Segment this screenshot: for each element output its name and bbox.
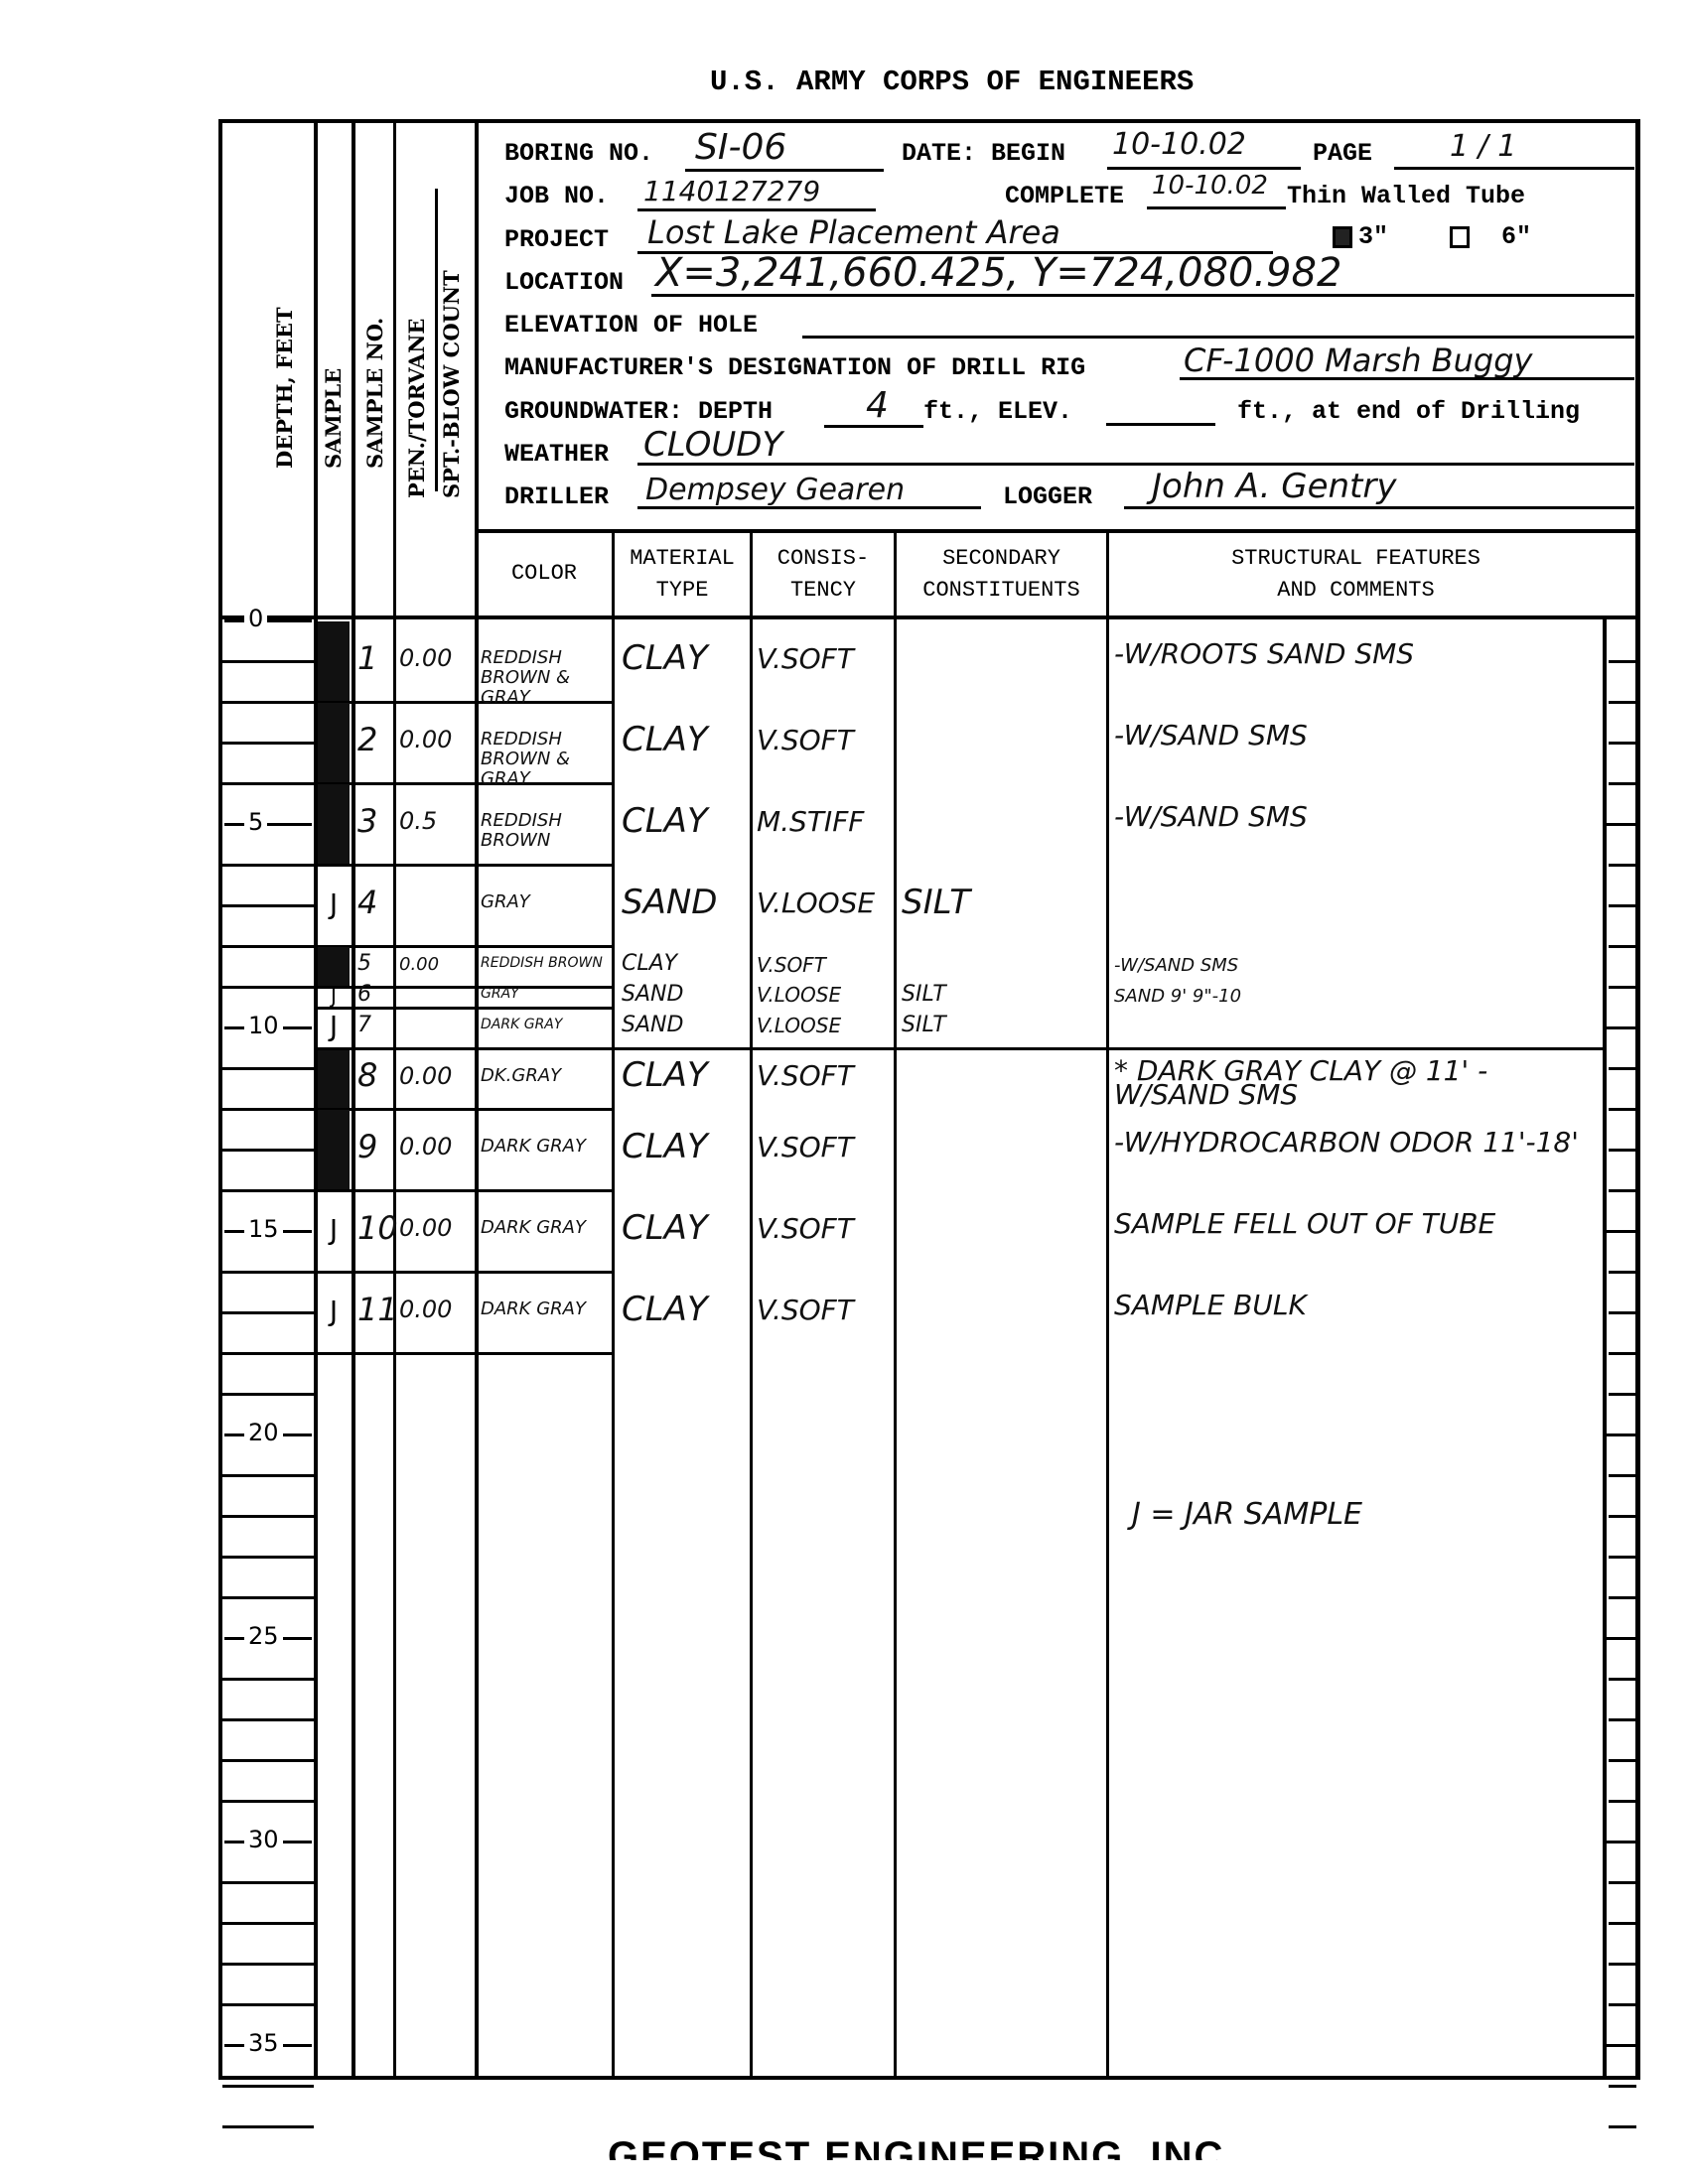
depth-tick (1607, 1433, 1638, 1436)
field-underline (1106, 423, 1215, 426)
material-type: SAND (622, 982, 683, 1007)
page-value[interactable]: 1 / 1 (1450, 129, 1516, 164)
elevation-label: ELEVATION OF HOLE (504, 311, 758, 340)
depth-label: 10 (244, 1012, 283, 1039)
depth-tick (1609, 1149, 1636, 1152)
consistency: V.LOOSE (757, 887, 875, 919)
material-type: CLAY (622, 801, 708, 841)
project-label: PROJECT (504, 225, 609, 254)
structural-column-header-2: AND COMMENTS (1109, 576, 1603, 606)
consistency: V.LOOSE (757, 983, 841, 1007)
date-begin-value[interactable]: 10-10.02 (1112, 127, 1246, 162)
depth-tick (1609, 782, 1636, 785)
material-type: SAND (622, 883, 717, 922)
groundwater-depth-label: GROUNDWATER: DEPTH (504, 397, 773, 426)
depth-tick (222, 1596, 314, 1599)
depth-tick (222, 1393, 314, 1396)
depth-tick (1609, 1393, 1636, 1396)
date-complete-value[interactable]: 10-10.02 (1152, 171, 1268, 201)
boring-no-value[interactable]: SI-06 (695, 127, 786, 168)
depth-tick (222, 1800, 314, 1803)
field-underline (1124, 506, 1634, 509)
location-value[interactable]: X=3,241,660.425, Y=724,080.982 (655, 250, 1341, 296)
pen-torvane-value: 0.00 (399, 954, 439, 975)
depth-tick (1609, 2125, 1636, 2128)
divider (222, 615, 1638, 619)
soil-color: DARK GRAY (481, 1299, 610, 1319)
pen-torvane-value: 0.00 (399, 1062, 452, 1090)
page-label: PAGE (1313, 139, 1372, 168)
material-type: CLAY (622, 638, 708, 678)
depth-label: 5 (244, 808, 267, 836)
row-divider (316, 1352, 614, 1355)
secondary-column-header-2: CONSTITUENTS (897, 576, 1106, 606)
depth-tick (1609, 660, 1636, 663)
depth-tick (222, 1922, 314, 1925)
depth-tick (1609, 701, 1636, 704)
sample-number: 1 (357, 639, 377, 677)
sample-column-label: SAMPLE (321, 368, 346, 469)
sample-number: 4 (357, 884, 377, 921)
jar-sample-note: J = JAR SAMPLE (1132, 1497, 1362, 1532)
material-type: CLAY (622, 1290, 708, 1329)
depth-tick (1607, 1637, 1638, 1640)
depth-tick (222, 1515, 314, 1518)
logger-value[interactable]: John A. Gentry (1152, 467, 1396, 506)
row-divider (316, 1271, 614, 1274)
depth-tick (1609, 1759, 1636, 1762)
depth-label: 35 (244, 2029, 283, 2057)
soil-color: DK.GRAY (481, 1066, 610, 1086)
consistency: M.STIFF (757, 805, 864, 838)
depth-tick (1609, 1963, 1636, 1966)
soil-color: REDDISH BROWN & GRAY (481, 648, 610, 708)
pen-torvane-value: 0.00 (399, 644, 452, 672)
pen-torvane-value: 0.5 (399, 807, 437, 835)
pen-torvane-label: PEN./TORVANE (404, 319, 429, 498)
drill-rig-label: MANUFACTURER'S DESIGNATION OF DRILL RIG (504, 353, 1085, 382)
depth-tick (222, 2125, 314, 2128)
tube-type-label: Thin Walled Tube (1287, 182, 1525, 210)
sample-number: 10 (357, 1209, 398, 1247)
depth-tick (1609, 1922, 1636, 1925)
depth-tick (1609, 2085, 1636, 2088)
color-column-header: COLOR (477, 559, 612, 589)
footer-company: GEOTEST ENGINEERING, INC. (608, 2134, 1238, 2160)
material-column-header-1: MATERIAL (615, 544, 750, 574)
depth-tick (222, 742, 314, 745)
depth-tick (222, 1189, 314, 1192)
field-underline (1147, 206, 1286, 209)
pen-torvane-value: 0.00 (399, 726, 452, 753)
logger-label: LOGGER (1003, 482, 1092, 511)
depth-major-tick (224, 823, 312, 826)
weather-value[interactable]: CLOUDY (643, 425, 782, 465)
sample-no-column-label: SAMPLE NO. (362, 318, 387, 469)
soil-color: DARK GRAY (481, 1137, 610, 1157)
depth-tick (222, 2085, 314, 2088)
structural-comments: * DARK GRAY CLAY @ 11' -W/SAND SMS (1114, 1059, 1601, 1107)
depth-tick (222, 945, 314, 948)
material-type: CLAY (622, 720, 708, 759)
drill-rig-value[interactable]: CF-1000 Marsh Buggy (1184, 341, 1532, 379)
consistency: V.SOFT (757, 1059, 854, 1092)
material-type: CLAY (622, 1127, 708, 1166)
consistency: V.SOFT (757, 642, 854, 675)
row-divider (316, 1189, 614, 1192)
sample-number: 9 (357, 1128, 377, 1165)
depth-label: 30 (244, 1826, 283, 1853)
field-underline (1180, 377, 1634, 380)
depth-tick (1609, 904, 1636, 907)
groundwater-depth-value[interactable]: 4 (866, 385, 889, 426)
consistency: V.SOFT (757, 953, 826, 977)
depth-tick (1609, 1189, 1636, 1192)
field-underline (685, 169, 884, 172)
material-type: CLAY (622, 951, 677, 976)
tube-6in-label: 6" (1501, 222, 1531, 251)
field-underline (1107, 167, 1301, 170)
row-divider (316, 864, 614, 867)
document-title: U.S. ARMY CORPS OF ENGINEERS (710, 66, 1194, 98)
soil-color: REDDISH BROWN & GRAY (481, 730, 610, 789)
structural-comments: -W/SAND SMS (1114, 954, 1601, 978)
structural-comments: -W/SAND SMS (1114, 724, 1601, 748)
structural-comments: SAND 9' 9"-10 (1114, 985, 1601, 1009)
divider (352, 123, 355, 2076)
secondary-column-header-1: SECONDARY (897, 544, 1106, 574)
depth-major-tick (224, 619, 312, 622)
secondary-constituents: SILT (902, 1013, 946, 1037)
sample-number: 3 (357, 802, 377, 840)
tube-sample-marker (318, 784, 350, 864)
ft-elev-label: ft., ELEV. (923, 397, 1072, 426)
boring-no-label: BORING NO. (504, 139, 653, 168)
depth-label: 20 (244, 1419, 283, 1446)
depth-tick (1607, 2044, 1638, 2047)
depth-tick (1609, 945, 1636, 948)
spt-blow-count-label: SPT.-BLOW COUNT (439, 270, 464, 498)
field-underline (651, 294, 1634, 297)
depth-tick (1609, 1352, 1636, 1355)
depth-label: 15 (244, 1215, 283, 1243)
consistency: V.LOOSE (757, 1014, 841, 1037)
sample-number: 5 (357, 951, 371, 976)
depth-tick (222, 1759, 314, 1762)
material-type: SAND (622, 1013, 683, 1037)
consistency: V.SOFT (757, 1212, 854, 1245)
driller-label: DRILLER (504, 482, 609, 511)
depth-tick (222, 1067, 314, 1070)
field-underline (637, 506, 981, 509)
tube-sample-marker (318, 621, 350, 701)
tube-sample-marker (318, 703, 350, 782)
depth-label: 25 (244, 1622, 283, 1650)
depth-tick (1609, 1718, 1636, 1721)
divider (475, 123, 479, 2076)
tube-sample-marker (318, 1110, 350, 1189)
depth-tick (222, 660, 314, 663)
depth-tick (222, 1963, 314, 1966)
tube-6in-checkbox[interactable] (1450, 226, 1470, 248)
depth-tick (1609, 1474, 1636, 1477)
depth-tick (1609, 1515, 1636, 1518)
row-divider (316, 945, 614, 948)
structural-comments: SAMPLE FELL OUT OF TUBE (1114, 1212, 1601, 1236)
soil-color: DARK GRAY (481, 1218, 610, 1238)
consistency-column-header-1: CONSIS- (753, 544, 894, 574)
tube-sample-marker (318, 947, 350, 986)
consistency: V.SOFT (757, 1294, 854, 1326)
depth-tick (1609, 1108, 1636, 1111)
row-divider (316, 1047, 1605, 1050)
tube-3in-label: 3" (1358, 222, 1388, 251)
jar-sample-marker: J (318, 1213, 350, 1246)
row-divider (316, 1108, 614, 1111)
sample-number: 6 (357, 982, 371, 1007)
depth-tick (1609, 1556, 1636, 1559)
fraction-bar (435, 189, 438, 491)
depth-tick (1607, 1026, 1638, 1029)
consistency: V.SOFT (757, 724, 854, 756)
pen-torvane-value: 0.00 (399, 1214, 452, 1242)
depth-tick (1607, 1230, 1638, 1233)
field-underline (1394, 167, 1634, 170)
depth-tick (222, 782, 314, 785)
soil-color: GRAY (481, 987, 610, 1001)
soil-color: REDDISH BROWN (481, 811, 610, 851)
structural-comments: -W/SAND SMS (1114, 805, 1601, 829)
depth-tick (222, 1271, 314, 1274)
depth-tick (222, 1108, 314, 1111)
depth-tick (222, 1718, 314, 1721)
divider (477, 529, 1638, 533)
depth-tick (222, 1881, 314, 1884)
jar-sample-marker: J (318, 1010, 350, 1042)
depth-tick (1609, 1800, 1636, 1803)
depth-tick (222, 2003, 314, 2006)
sample-number: 8 (357, 1056, 377, 1094)
depth-tick (222, 1474, 314, 1477)
depth-tick (1609, 986, 1636, 989)
jar-sample-marker: J (318, 1295, 350, 1327)
location-label: LOCATION (504, 268, 624, 297)
end-of-drilling-label: ft., at end of Drilling (1237, 397, 1580, 426)
structural-comments: -W/HYDROCARBON ODOR 11'-18' (1114, 1131, 1601, 1155)
depth-tick (222, 1311, 314, 1314)
divider (1106, 531, 1109, 2076)
material-column-header-2: TYPE (615, 576, 750, 606)
structural-column-header-1: STRUCTURAL FEATURES (1109, 544, 1603, 574)
sample-number: 2 (357, 721, 377, 758)
depth-tick (1609, 1067, 1636, 1070)
depth-tick (1609, 864, 1636, 867)
sample-number: 11 (357, 1291, 398, 1328)
field-underline (637, 208, 876, 211)
field-underline (637, 463, 1634, 466)
sample-number: 7 (357, 1013, 371, 1037)
depth-column-label: DEPTH, FEET (272, 307, 297, 469)
depth-tick (222, 864, 314, 867)
depth-tick (1609, 2003, 1636, 2006)
secondary-constituents: SILT (902, 883, 970, 922)
depth-tick (1609, 1311, 1636, 1314)
field-underline (824, 425, 923, 428)
soil-color: DARK GRAY (481, 1018, 610, 1031)
divider (750, 531, 753, 2076)
soil-color: REDDISH BROWN (481, 956, 610, 970)
job-no-value[interactable]: 1140127279 (643, 175, 820, 207)
driller-value[interactable]: Dempsey Gearen (645, 473, 905, 507)
depth-tick (1609, 742, 1636, 745)
consistency-column-header-2: TENCY (753, 576, 894, 606)
divider (612, 531, 615, 2076)
depth-tick (222, 701, 314, 704)
divider (1603, 619, 1607, 2076)
jar-sample-marker: J (318, 984, 350, 1008)
depth-tick (1607, 823, 1638, 826)
depth-tick (1609, 1271, 1636, 1274)
secondary-constituents: SILT (902, 982, 946, 1007)
divider (894, 531, 897, 2076)
tube-sample-marker (318, 1049, 350, 1109)
depth-tick (222, 986, 314, 989)
structural-comments: SAMPLE BULK (1114, 1294, 1601, 1317)
field-underline (802, 336, 1634, 339)
depth-label: 0 (244, 605, 267, 632)
job-no-label: JOB NO. (504, 182, 609, 210)
depth-tick (222, 1678, 314, 1681)
complete-label: COMPLETE (1005, 182, 1124, 210)
pen-torvane-value: 0.00 (399, 1296, 452, 1323)
material-type: CLAY (622, 1055, 708, 1095)
soil-color: GRAY (481, 892, 610, 912)
pen-torvane-value: 0.00 (399, 1133, 452, 1160)
depth-tick (1609, 1881, 1636, 1884)
structural-comments: -W/ROOTS SAND SMS (1114, 642, 1601, 666)
consistency: V.SOFT (757, 1131, 854, 1163)
project-value[interactable]: Lost Lake Placement Area (647, 213, 1060, 251)
tube-3in-checkbox[interactable] (1333, 226, 1352, 248)
divider (393, 123, 396, 2076)
row-divider (316, 1007, 614, 1010)
material-type: CLAY (622, 1208, 708, 1248)
depth-tick (1609, 1596, 1636, 1599)
depth-tick (222, 904, 314, 907)
depth-tick (1609, 1678, 1636, 1681)
depth-tick (222, 1556, 314, 1559)
depth-tick (222, 1352, 314, 1355)
weather-label: WEATHER (504, 440, 609, 469)
depth-tick (1607, 1841, 1638, 1843)
jar-sample-marker: J (318, 887, 350, 920)
depth-tick (222, 1149, 314, 1152)
date-begin-label: DATE: BEGIN (902, 139, 1065, 168)
